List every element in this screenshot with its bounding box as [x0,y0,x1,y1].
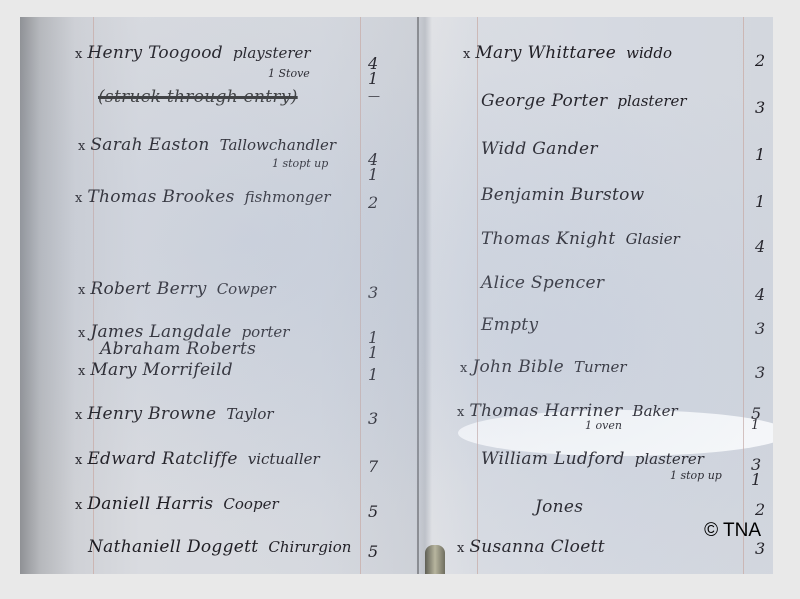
entry-row: xSarah EastonTallowchandler [78,135,336,155]
entry-row: xDaniell HarrisCooper [75,494,279,514]
entry-row: xJohn BibleTurner [460,357,627,377]
entry-row: xSusanna Cloett [457,537,605,557]
count-value: 1 [368,165,378,184]
entry-row: George Porterplasterer [481,91,687,111]
number-column-rule [743,17,744,574]
entry-row: Thomas KnightGlasier [481,229,680,249]
count-value: 1 [755,145,765,164]
count-value: 3 [755,363,765,382]
entry-row: Widd Gander [481,139,598,159]
count-value: 1 [755,192,765,211]
entry-note: 1 oven [585,419,622,432]
number-column-rule [360,17,361,574]
entry-row: xRobert BerryCowper [78,279,276,299]
entry-row: xThomas Brookesfishmonger [75,187,331,207]
copyright-watermark: © TNA [704,520,761,542]
entry-row: Abraham Roberts [100,339,256,359]
entry-row: William Ludfordplasterer [481,449,704,469]
count-value: — [368,89,380,103]
highlighted-entry-row: xThomas HarrinerBaker [457,401,678,421]
count-value: 5 [368,502,378,521]
count-value: 4 [755,285,765,304]
count-value: 2 [368,193,378,212]
count-value: 1 [368,365,378,384]
count-value: 1 [368,343,378,362]
right-page: xMary Whittareewiddo 2 George Porterplas… [425,17,773,574]
struck-entry: (struck-through entry) [98,87,298,107]
book-gutter [417,17,419,574]
margin-rule [477,17,478,574]
entry-row: xMary Whittareewiddo [463,43,672,63]
count-value: 3 [755,319,765,338]
entry-row: xHenry Toogoodplaysterer [75,43,311,63]
entry-row: Empty [481,315,538,335]
count-value: 2 [755,51,765,70]
manuscript-scan: xHenry Toogoodplaysterer 1 Stove 4 1 (st… [20,17,773,574]
entry-note: 1 stopt up [272,157,328,170]
count-value: 3 [755,98,765,117]
left-page: xHenry Toogoodplaysterer 1 Stove 4 1 (st… [20,17,420,574]
entry-note: 1 stop up [670,469,722,482]
count-value: 1 [751,470,761,489]
entry-row: xMary Morrifeild [78,360,233,380]
count-value: 1 [368,69,378,88]
entry-row: Benjamin Burstow [481,185,645,205]
count-value: 7 [368,457,378,476]
count-value: 4 [755,237,765,256]
entry-row: Nathaniell DoggettChirurgion [88,537,351,557]
count-value: 1 [751,418,759,433]
count-value: 3 [368,409,378,428]
entry-row: xEdward Ratcliffevictualler [75,449,320,469]
entry-row: Jones [535,497,583,517]
count-value: 5 [368,542,378,561]
count-value: 2 [755,500,765,519]
entry-note: 1 Stove [268,67,310,80]
count-value: 3 [368,283,378,302]
entry-row: xHenry BrowneTaylor [75,404,274,424]
entry-row: Alice Spencer [481,273,604,293]
